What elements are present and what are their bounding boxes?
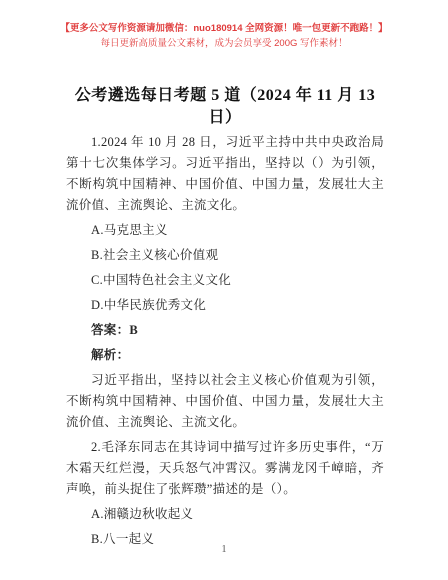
question-1-option-a: A.马克思主义: [66, 220, 384, 241]
question-1-answer: 答案：B: [66, 320, 384, 341]
question-2-option-a: A.湘赣边秋收起义: [66, 504, 384, 525]
question-1-option-d: D.中华民族优秀文化: [66, 295, 384, 316]
ad-banner-line-2: 每日更新高质量公文素材，成为会员享受 200G 写作素材！: [0, 36, 448, 51]
question-1-analysis-heading: 解析：: [66, 345, 384, 366]
document-page: 【更多公文写作资源请加微信：nuo180914 全网资源！唯一包更新不跑路！】 …: [0, 0, 448, 580]
page-number: 1: [0, 544, 448, 556]
ad-banner: 【更多公文写作资源请加微信：nuo180914 全网资源！唯一包更新不跑路！】 …: [0, 21, 448, 51]
question-2-stem: 2.毛泽东同志在其诗词中描写过许多历史事件，“万木霜天红烂漫，天兵怒气冲霄汉。雾…: [66, 437, 384, 500]
page-title: 公考遴选每日考题 5 道（2024 年 11 月 13 日）: [66, 85, 384, 129]
question-1-option-c: C.中国特色社会主义文化: [66, 270, 384, 291]
ad-banner-line-1: 【更多公文写作资源请加微信：nuo180914 全网资源！唯一包更新不跑路！】: [0, 21, 448, 36]
question-1-stem: 1.2024 年 10 月 28 日，习近平主持中共中央政治局第十七次集体学习。…: [66, 132, 384, 216]
question-1-option-b: B.社会主义核心价值观: [66, 245, 384, 266]
document-content: 公考遴选每日考题 5 道（2024 年 11 月 13 日） 1.2024 年 …: [66, 85, 384, 554]
question-1-analysis-text: 习近平指出，坚持以社会主义核心价值观为引领，不断构筑中国精神、中国价值、中国力量…: [66, 370, 384, 433]
